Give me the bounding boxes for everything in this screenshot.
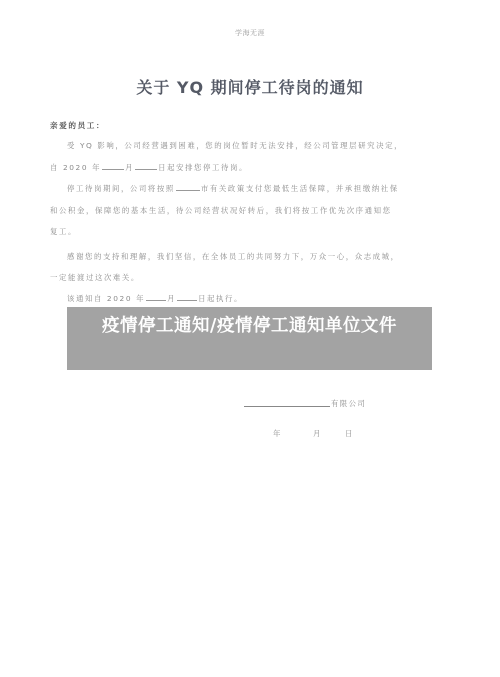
paragraph-line: 停工待岗期间，公司将按照市有关政策支付您最低生活保障，并承担缴纳社保 xyxy=(50,183,472,194)
header-watermark: 学海无涯 xyxy=(0,28,500,38)
document-title: 关于 YQ 期间停工待岗的通知 xyxy=(0,75,500,98)
paragraph-line: 一定能渡过这次难关。 xyxy=(50,272,455,283)
line-text: 月 xyxy=(167,294,176,303)
paragraph-line: 感谢您的支持和理解，我们坚信，在全体员工的共同努力下，万众一心，众志成城， xyxy=(50,251,472,262)
line-text: 市有关政策支付您最低生活保障，并承担缴纳社保 xyxy=(201,184,399,193)
title-banner: 疫情停工通知/疫情停工通知单位文件 xyxy=(67,307,432,370)
signature-company: 有限公司 xyxy=(331,398,366,409)
line-text: 一定能渡过这次难关。 xyxy=(50,273,140,282)
fill-blank xyxy=(177,293,197,301)
signature-blank-line xyxy=(244,406,330,407)
paragraph-line: 受 YQ 影响，公司经营遇到困难，您的岗位暂时无法安排，经公司管理层研究决定， xyxy=(50,140,472,151)
paragraph-line: 复工。 xyxy=(50,226,455,237)
signature-month: 月 xyxy=(313,428,320,439)
line-text: 月 xyxy=(125,163,134,172)
line-text: 日起执行。 xyxy=(198,294,243,303)
line-text: 该通知自 2020 年 xyxy=(67,294,145,303)
line-text: 受 YQ 影响，公司经营遇到困难，您的岗位暂时无法安排，经公司管理层研究决定， xyxy=(67,141,403,150)
line-text: 和公积金，保障您的基本生活，待公司经营状况好转后，我们将按工作优先次序通知您 xyxy=(50,206,392,215)
line-text: 感谢您的支持和理解，我们坚信，在全体员工的共同努力下，万众一心，众志成城， xyxy=(67,252,400,261)
document-page: 学海无涯 关于 YQ 期间停工待岗的通知 亲爱的员工： 受 YQ 影响，公司经营… xyxy=(0,0,500,677)
paragraph-line: 和公积金，保障您的基本生活，待公司经营状况好转后，我们将按工作优先次序通知您 xyxy=(50,205,455,216)
paragraph-line: 自 2020 年月日起安排您停工待岗。 xyxy=(50,162,455,173)
banner-title: 疫情停工通知/疫情停工通知单位文件 xyxy=(67,313,432,339)
signature-day: 日 xyxy=(345,428,352,439)
line-text: 停工待岗期间，公司将按照 xyxy=(67,184,175,193)
fill-blank xyxy=(146,293,166,301)
greeting: 亲爱的员工： xyxy=(50,120,105,131)
fill-blank xyxy=(176,183,200,191)
line-text: 复工。 xyxy=(50,227,77,236)
fill-blank xyxy=(102,162,124,170)
line-text: 日起安排您停工待岗。 xyxy=(158,163,248,172)
signature-year: 年 xyxy=(273,428,280,439)
paragraph-line: 该通知自 2020 年月日起执行。 xyxy=(50,293,472,304)
line-text: 自 2020 年 xyxy=(50,163,101,172)
fill-blank xyxy=(135,162,157,170)
